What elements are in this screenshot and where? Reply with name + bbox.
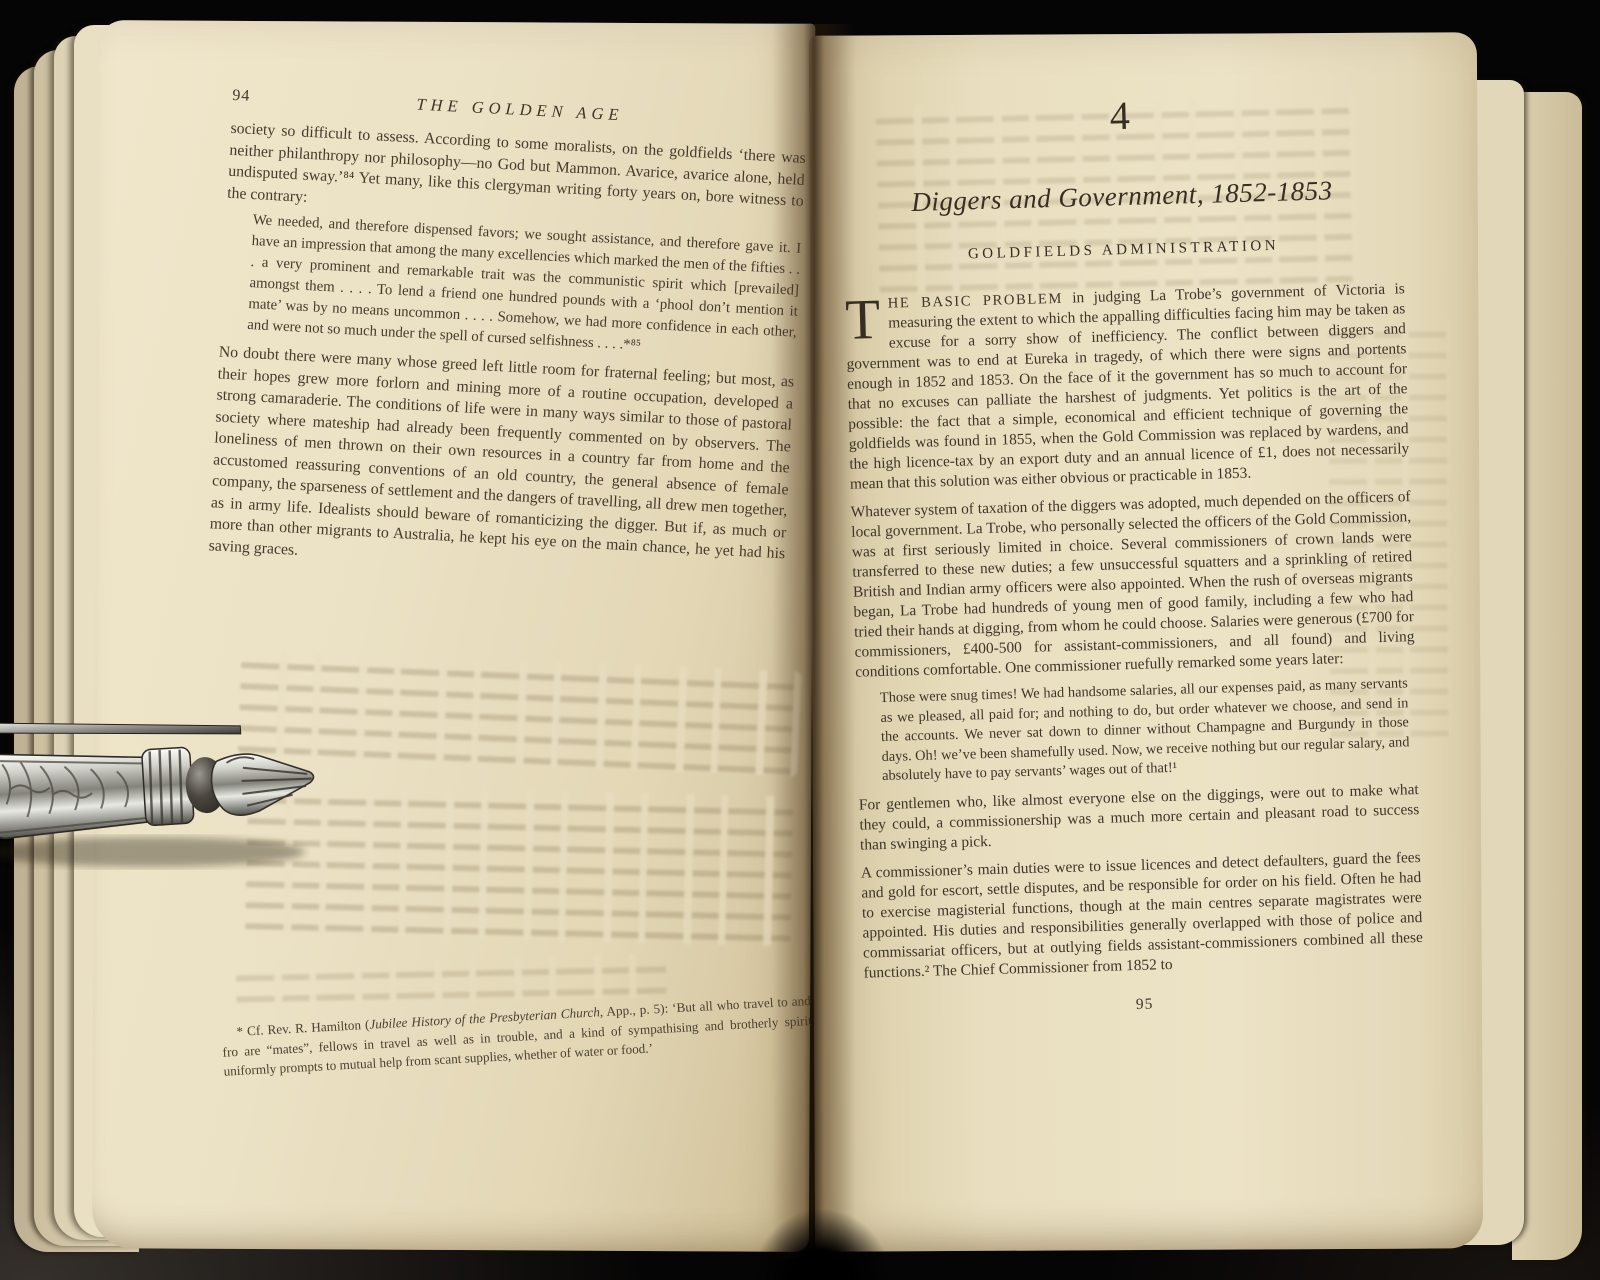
body-paragraph: A commissioner’s main duties were to iss… (861, 848, 1424, 984)
header-spacer (751, 127, 807, 130)
book-photograph: 94 THE GOLDEN AGE society so difficult t… (0, 0, 1600, 1280)
bookmark-clip (0, 690, 328, 878)
bookmark-back-prong (0, 708, 241, 749)
body-paragraph: Whatever system of taxation of the digge… (850, 487, 1415, 683)
body-paragraph: No doubt there were many whose greed lef… (208, 341, 794, 586)
block-quote: We needed, and therefore dispensed favor… (247, 210, 802, 365)
body-paragraph: For gentlemen who, like almost everyone … (859, 780, 1420, 856)
footnote: * Cf. Rev. R. Hamilton (Jubilee History … (221, 991, 813, 1081)
ghost-text (236, 953, 667, 1006)
footnote-text: * Cf. Rev. R. Hamilton ( (236, 1017, 370, 1039)
bookmark-hand (210, 750, 316, 817)
left-page: 94 THE GOLDEN AGE society so difficult t… (92, 20, 815, 1252)
paragraph-text: in judging La Trobe’s government of Vict… (846, 280, 1409, 493)
right-page: 4 Diggers and Government, 1852-1853 GOLD… (809, 32, 1483, 1251)
bookmark-shadow (0, 837, 305, 867)
section-heading: GOLDFIELDS ADMINISTRATION (843, 234, 1403, 267)
page-number: 95 (864, 987, 1424, 1021)
chapter-number: 4 (839, 84, 1400, 147)
block-quote: Those were snug times! We had handsome s… (880, 674, 1411, 786)
page-number: 94 (232, 87, 289, 108)
drop-cap: T (845, 294, 889, 343)
body-paragraph: THE BASIC PROBLEM in judging La Trobe’s … (845, 279, 1410, 495)
left-page-text: 94 THE GOLDEN AGE society so difficult t… (208, 85, 808, 586)
footnote-text: , App., p. 5): ‘But all who travel to an… (222, 993, 812, 1079)
right-page-text: 4 Diggers and Government, 1852-1853 GOLD… (839, 84, 1425, 1021)
lead-small-caps: HE BASIC PROBLEM (888, 291, 1064, 312)
chapter-title: Diggers and Government, 1852-1853 (842, 173, 1403, 220)
